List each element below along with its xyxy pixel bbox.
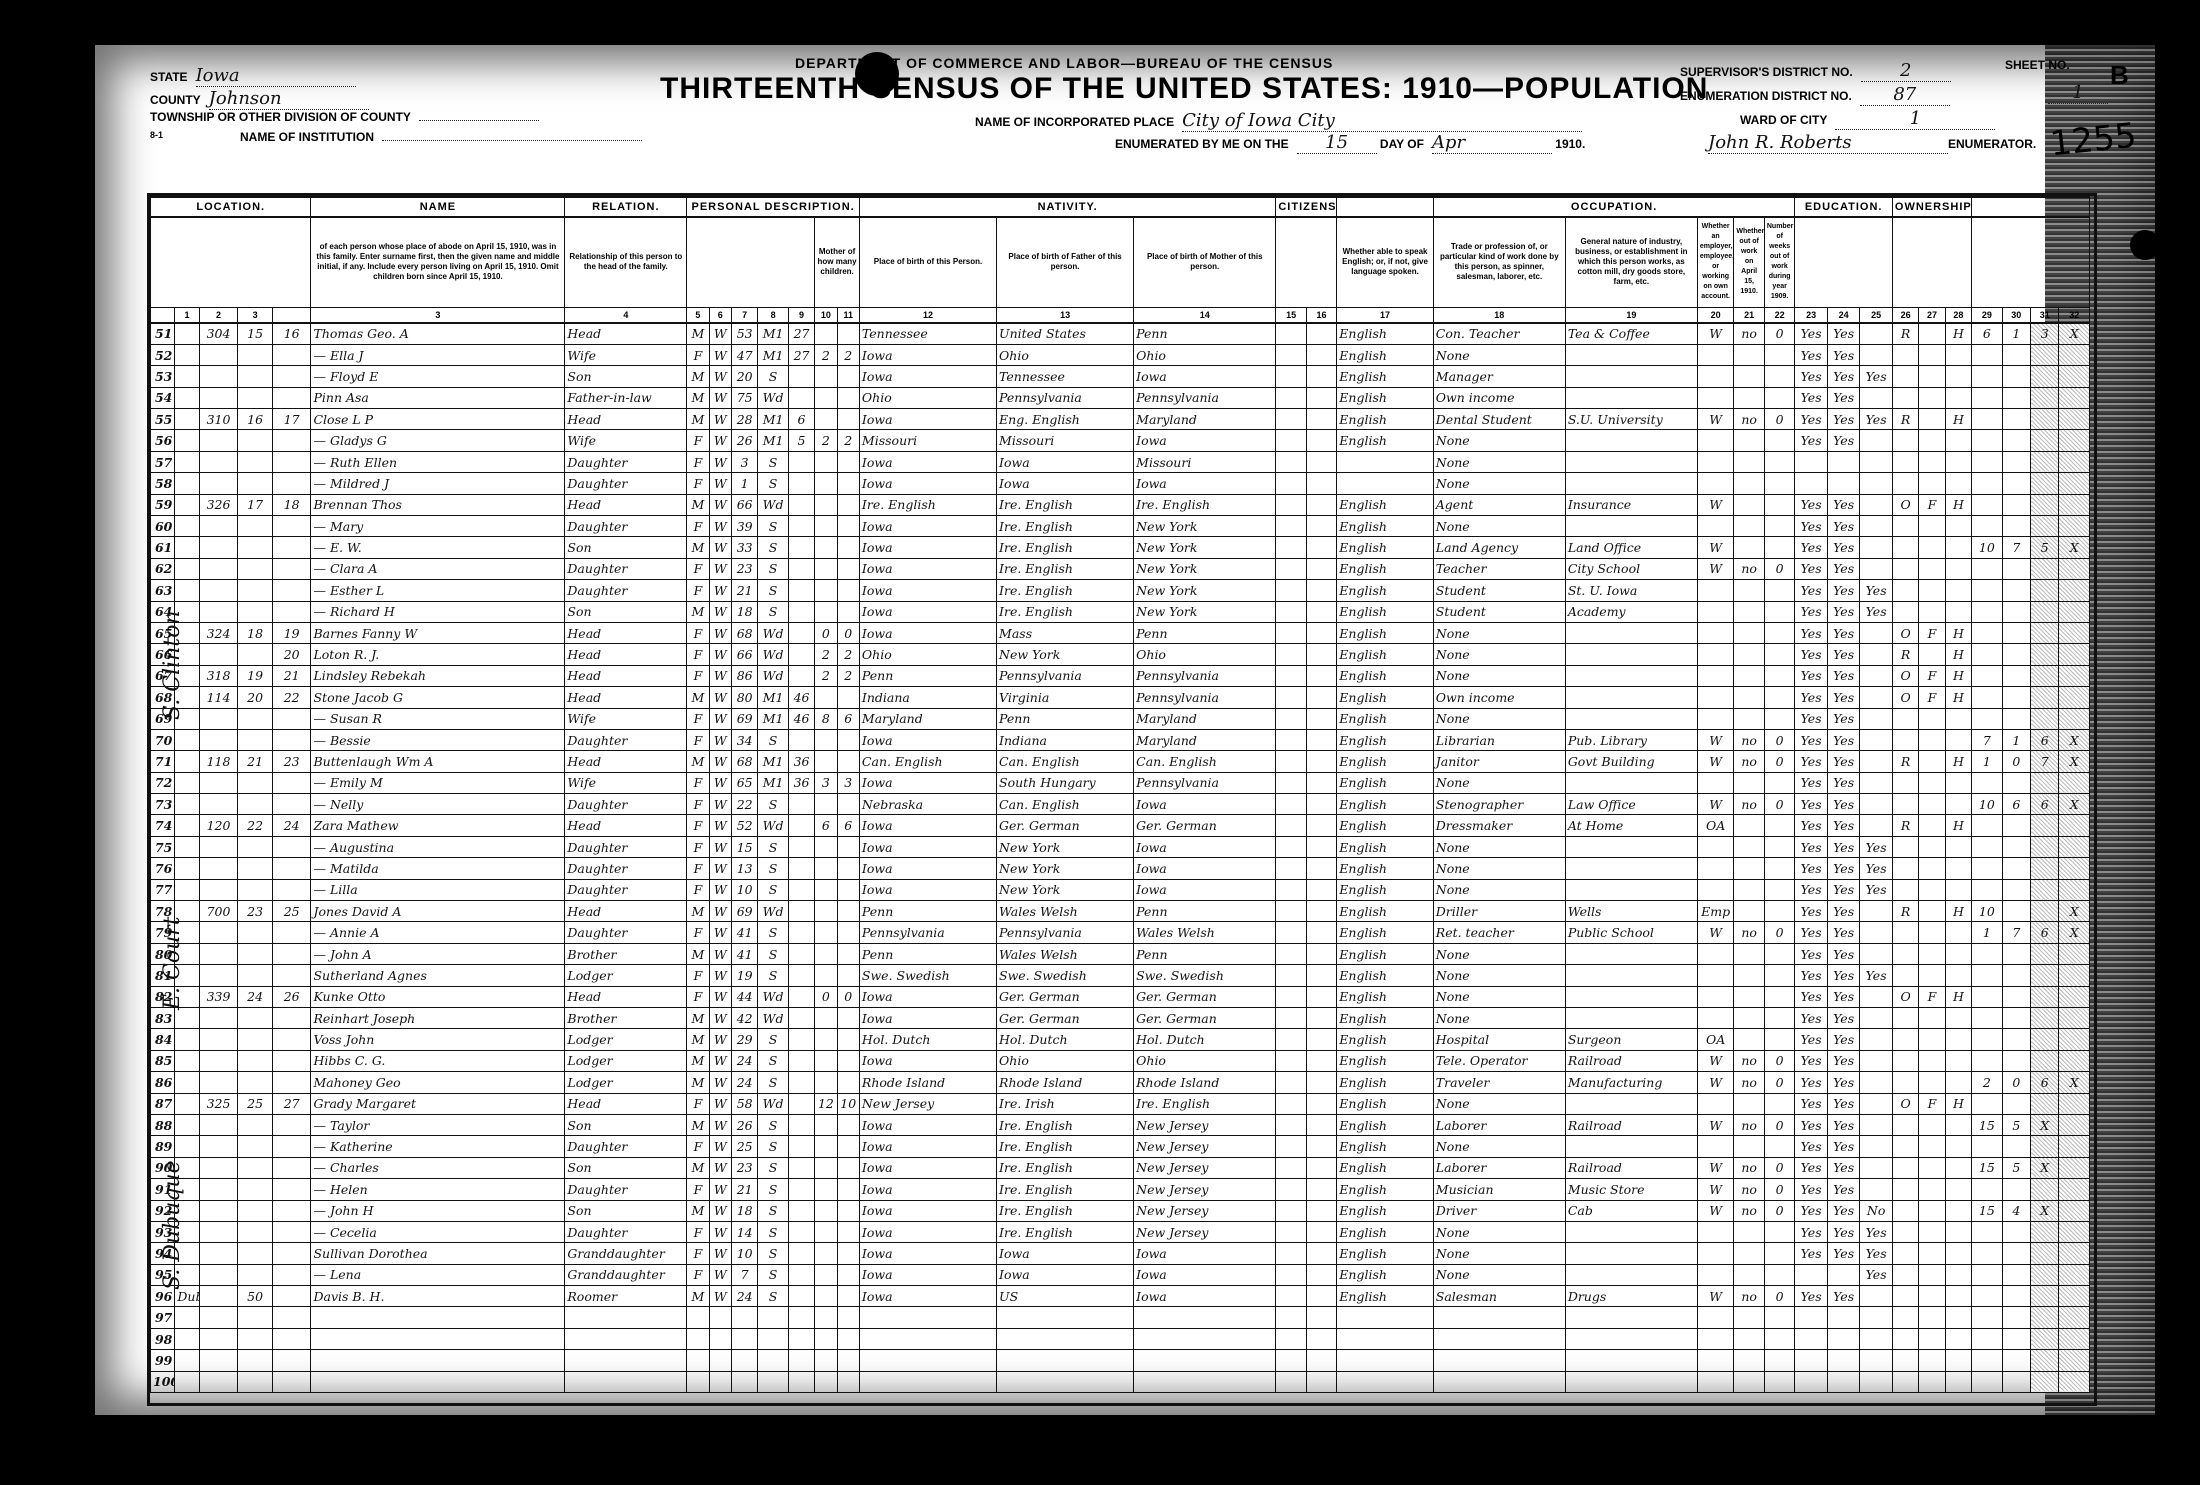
cell-x2 (2002, 687, 2030, 708)
cell-sch (1860, 430, 1893, 451)
cell-age: 86 (731, 665, 757, 686)
cell-bp: Ire. English (859, 494, 996, 515)
cell-own: R (1892, 409, 1918, 430)
cell-write: Yes (1827, 943, 1860, 964)
cell-lang: English (1337, 1072, 1433, 1093)
cell-family (272, 1050, 311, 1071)
cell-write: Yes (1827, 879, 1860, 900)
cell-bf: Indiana (997, 729, 1134, 750)
cell-dwelling (238, 1221, 273, 1242)
cell-write: Yes (1827, 965, 1860, 986)
cell-bm: Ger. German (1134, 1008, 1276, 1029)
cell-sex: M (687, 1029, 709, 1050)
cell-bm: Missouri (1134, 451, 1276, 472)
table-row: 83Reinhart JosephBrotherMW42WdIowaGer. G… (151, 1008, 2090, 1029)
cell-ow (1734, 387, 1764, 408)
cell-x4 (2059, 1093, 2090, 1114)
cell-sex (687, 1371, 709, 1392)
cell-ln: 88 (151, 1114, 175, 1135)
cell-bf: Virginia (997, 687, 1134, 708)
cell-ln: 83 (151, 1008, 175, 1029)
cell-bm: Iowa (1134, 879, 1276, 900)
cell-x1 (1972, 409, 2002, 430)
cell-family (272, 601, 311, 622)
cell-name: Buttenlaugh Wm A (311, 751, 565, 772)
cell-lang: English (1337, 901, 1433, 922)
table-row: 52— Ella JWifeFW47M12722IowaOhioOhioEngl… (151, 344, 2090, 365)
cell-rel: Wife (565, 430, 687, 451)
cell-rel (565, 1328, 687, 1349)
cell-rel: Wife (565, 708, 687, 729)
cell-lang: English (1337, 1221, 1433, 1242)
cell-own (1892, 943, 1918, 964)
cell-emp (1697, 1136, 1734, 1157)
cell-sch (1860, 772, 1893, 793)
cell-ind (1565, 1136, 1697, 1157)
cell-race: W (709, 879, 731, 900)
cell-sch (1860, 473, 1893, 494)
cell-bp: Iowa (859, 772, 996, 793)
cell-bf: New York (997, 858, 1134, 879)
cell-family: 21 (272, 665, 311, 686)
table-row: 593261718Brennan ThosHeadMW66WdIre. Engl… (151, 494, 2090, 515)
cell-house (199, 387, 238, 408)
cell-yrs (788, 1114, 814, 1135)
cell-age: 52 (731, 815, 757, 836)
cell-x3 (2031, 580, 2059, 601)
cell-ow (1734, 1008, 1764, 1029)
cell-cit2 (1306, 836, 1336, 857)
cell-house (199, 1243, 238, 1264)
cell-sex: F (687, 1264, 709, 1285)
cell-lang: English (1337, 409, 1433, 430)
cell-mort: H (1945, 1093, 1971, 1114)
cell-mort: H (1945, 323, 1971, 345)
cell-cit2 (1306, 409, 1336, 430)
cell-ind: At Home (1565, 815, 1697, 836)
cell-yrs: 46 (788, 687, 814, 708)
enumeration-date-field: ENUMERATED BY ME ON THE15 DAY OFApr 1910… (1115, 132, 1585, 154)
cell-own (1892, 772, 1918, 793)
cell-house (199, 922, 238, 943)
cell-write: Yes (1827, 1050, 1860, 1071)
cell-mort (1945, 1328, 1971, 1349)
cell-trade (1433, 1350, 1565, 1371)
cell-yrs (788, 494, 814, 515)
cell-house (199, 1200, 238, 1221)
cell-farm: F (1919, 1093, 1945, 1114)
cell-ind: St. U. Iowa (1565, 580, 1697, 601)
cell-emp: OA (1697, 815, 1734, 836)
cell-sex: M (687, 751, 709, 772)
cell-cit1 (1276, 772, 1306, 793)
cell-race: W (709, 1008, 731, 1029)
col-num: 11 (837, 307, 859, 323)
cell-yrs (788, 836, 814, 857)
cell-rel: Daughter (565, 451, 687, 472)
cell-farm (1919, 1114, 1945, 1135)
cell-cit2 (1306, 1008, 1336, 1029)
cell-wk: 0 (1764, 1114, 1795, 1135)
cell-x3 (2031, 772, 2059, 793)
cell-emp (1697, 344, 1734, 365)
cell-own (1892, 794, 1918, 815)
cell-x1 (1972, 772, 2002, 793)
cell-age: 24 (731, 1072, 757, 1093)
cell-read: Yes (1795, 665, 1828, 686)
cell-read: Yes (1795, 1050, 1828, 1071)
cell-cit1 (1276, 751, 1306, 772)
cell-bp: Iowa (859, 344, 996, 365)
cell-x1 (1972, 1328, 2002, 1349)
cell-cit1 (1276, 344, 1306, 365)
table-row: 61— E. W.SonMW33SIowaIre. EnglishNew Yor… (151, 537, 2090, 558)
cell-bf (997, 1328, 1134, 1349)
cell-name: Jones David A (311, 901, 565, 922)
cell-street (175, 473, 199, 494)
cell-street (175, 836, 199, 857)
cell-own (1892, 1157, 1918, 1178)
cell-x2 (2002, 1243, 2030, 1264)
cell-bm: Pennsylvania (1134, 687, 1276, 708)
cell-born (815, 1264, 837, 1285)
cell-family (272, 729, 311, 750)
cell-ln: 59 (151, 494, 175, 515)
cell-family (272, 558, 311, 579)
cell-sch (1860, 665, 1893, 686)
cell-x1 (1972, 965, 2002, 986)
cell-ms: Wd (758, 1008, 788, 1029)
cell-wk (1764, 622, 1795, 643)
cell-wk (1764, 1243, 1795, 1264)
cell-x4 (2059, 494, 2090, 515)
cell-race: W (709, 1200, 731, 1221)
cell-x3 (2031, 1350, 2059, 1371)
cell-bm: New York (1134, 580, 1276, 601)
cell-house (199, 943, 238, 964)
cell-rel: Son (565, 1114, 687, 1135)
cell-ow (1734, 1243, 1764, 1264)
cell-family (272, 1008, 311, 1029)
cell-family (272, 451, 311, 472)
cell-born: 0 (815, 622, 837, 643)
cell-x2 (2002, 409, 2030, 430)
cell-dwelling (238, 1350, 273, 1371)
cell-race: W (709, 858, 731, 879)
cell-ind (1565, 366, 1697, 387)
cell-yrs (788, 473, 814, 494)
cell-lang: English (1337, 772, 1433, 793)
cell-wk (1764, 1008, 1795, 1029)
cell-age: 68 (731, 622, 757, 643)
cell-race: W (709, 387, 731, 408)
cell-street (175, 1221, 199, 1242)
cell-sex: F (687, 708, 709, 729)
cell-x4 (2059, 1328, 2090, 1349)
cell-emp: W (1697, 537, 1734, 558)
cell-cit1 (1276, 451, 1306, 472)
cell-wk (1764, 430, 1795, 451)
cell-born: 2 (815, 430, 837, 451)
cell-own: O (1892, 986, 1918, 1007)
cell-family (272, 430, 311, 451)
cell-age: 3 (731, 451, 757, 472)
cell-bf: Pennsylvania (997, 665, 1134, 686)
cell-own (1892, 1286, 1918, 1307)
cell-race: W (709, 836, 731, 857)
cell-cit1 (1276, 387, 1306, 408)
cell-bm: Ohio (1134, 644, 1276, 665)
cell-lang: English (1337, 494, 1433, 515)
cell-ind (1565, 1093, 1697, 1114)
cell-lang: English (1337, 323, 1433, 345)
cell-family (272, 858, 311, 879)
cell-farm (1919, 1200, 1945, 1221)
cell-x2 (2002, 986, 2030, 1007)
cell-trade: Con. Teacher (1433, 323, 1565, 345)
cell-wk (1764, 879, 1795, 900)
cell-emp: W (1697, 751, 1734, 772)
cell-farm: F (1919, 494, 1945, 515)
cell-x4 (2059, 644, 2090, 665)
table-row: 75— AugustinaDaughterFW15SIowaNew YorkIo… (151, 836, 2090, 857)
cell-ind: Insurance (1565, 494, 1697, 515)
cell-farm (1919, 965, 1945, 986)
cell-name: Barnes Fanny W (311, 622, 565, 643)
cell-dwelling (238, 836, 273, 857)
cell-sex: M (687, 901, 709, 922)
cell-x3 (2031, 836, 2059, 857)
cell-bp: Iowa (859, 366, 996, 387)
cell-x2 (2002, 965, 2030, 986)
cell-x4: X (2059, 901, 2090, 922)
cell-born (815, 387, 837, 408)
cell-bf: Can. English (997, 751, 1134, 772)
cell-family (272, 922, 311, 943)
cell-ow: no (1734, 323, 1764, 345)
cell-sex: F (687, 430, 709, 451)
cell-wk (1764, 451, 1795, 472)
cell-bp: Iowa (859, 1114, 996, 1135)
cell-rel: Daughter (565, 516, 687, 537)
col-num: 19 (1565, 307, 1697, 323)
cell-bp: Penn (859, 943, 996, 964)
cell-bf (997, 1350, 1134, 1371)
cell-rel: Head (565, 1093, 687, 1114)
cell-sch (1860, 387, 1893, 408)
cell-bp: Iowa (859, 1243, 996, 1264)
cell-street (175, 366, 199, 387)
cell-read (1795, 1307, 1828, 1328)
cell-x2 (2002, 473, 2030, 494)
cell-street (175, 1008, 199, 1029)
cell-ow (1734, 1029, 1764, 1050)
cell-cit2 (1306, 729, 1336, 750)
cell-read: Yes (1795, 558, 1828, 579)
cell-x1: 15 (1972, 1200, 2002, 1221)
cell-write: Yes (1827, 1157, 1860, 1178)
cell-ow (1734, 858, 1764, 879)
cell-dwelling (238, 558, 273, 579)
cell-ow (1734, 473, 1764, 494)
cell-ind (1565, 858, 1697, 879)
cell-family (272, 1136, 311, 1157)
cell-living (837, 1072, 859, 1093)
table-row: 85Hibbs C. G.LodgerMW24SIowaOhioOhioEngl… (151, 1050, 2090, 1071)
cell-dwelling (238, 858, 273, 879)
census-table: LOCATION. NAME RELATION. PERSONAL DESCRI… (150, 195, 2090, 1393)
col-num: 7 (731, 307, 757, 323)
cell-ind: Cab (1565, 1200, 1697, 1221)
cell-own (1892, 366, 1918, 387)
cell-ms: S (758, 1157, 788, 1178)
cell-mort (1945, 794, 1971, 815)
cell-x3 (2031, 943, 2059, 964)
cell-yrs (788, 729, 814, 750)
cell-ln: 77 (151, 879, 175, 900)
cell-ms: M1 (758, 708, 788, 729)
cell-bm: New Jersey (1134, 1221, 1276, 1242)
cell-name: — Floyd E (311, 366, 565, 387)
cell-name: — Bessie (311, 729, 565, 750)
cell-dwelling (238, 601, 273, 622)
cell-family: 26 (272, 986, 311, 1007)
table-row: 91— HelenDaughterFW21SIowaIre. EnglishNe… (151, 1179, 2090, 1200)
cell-cit2 (1306, 1114, 1336, 1135)
table-row: 6620Loton R. J.HeadFW66Wd22OhioNew YorkO… (151, 644, 2090, 665)
cell-sex: M (687, 1114, 709, 1135)
cell-read: Yes (1795, 751, 1828, 772)
cell-x4 (2059, 1029, 2090, 1050)
cell-race: W (709, 601, 731, 622)
cell-born (815, 1221, 837, 1242)
cell-own (1892, 1179, 1918, 1200)
cell-yrs (788, 922, 814, 943)
cell-race (709, 1328, 731, 1349)
cell-yrs (788, 665, 814, 686)
cell-house (199, 1221, 238, 1242)
cell-age: 44 (731, 986, 757, 1007)
cell-ow (1734, 344, 1764, 365)
cell-emp: W (1697, 922, 1734, 943)
cell-family (272, 1328, 311, 1349)
cell-bm: New York (1134, 558, 1276, 579)
cell-write (1827, 1307, 1860, 1328)
cell-lang (1337, 1350, 1433, 1371)
col-num: 3 (311, 307, 565, 323)
cell-x3: X (2031, 1114, 2059, 1135)
cell-ln: 54 (151, 387, 175, 408)
cell-x1: 2 (1972, 1072, 2002, 1093)
cell-farm: F (1919, 986, 1945, 1007)
cell-ln: 65 (151, 622, 175, 643)
cell-bf: Ire. English (997, 1136, 1134, 1157)
cell-family: 25 (272, 901, 311, 922)
table-row: 60— MaryDaughterFW39SIowaIre. EnglishNew… (151, 516, 2090, 537)
cell-wk (1764, 665, 1795, 686)
cell-ln: 95 (151, 1264, 175, 1285)
cell-born (815, 366, 837, 387)
cell-lang: English (1337, 751, 1433, 772)
cell-sch (1860, 1050, 1893, 1071)
cell-x2 (2002, 558, 2030, 579)
cell-write: Yes (1827, 580, 1860, 601)
cell-farm (1919, 409, 1945, 430)
cell-born: 2 (815, 644, 837, 665)
cell-yrs (788, 644, 814, 665)
cell-cit2 (1306, 943, 1336, 964)
cell-sch (1860, 1008, 1893, 1029)
cell-ln: 67 (151, 665, 175, 686)
cell-ind (1565, 836, 1697, 857)
cell-bm: Hol. Dutch (1134, 1029, 1276, 1050)
cell-cit2 (1306, 708, 1336, 729)
cell-x1: 7 (1972, 729, 2002, 750)
cell-write: Yes (1827, 708, 1860, 729)
cell-name: Lindsley Rebekah (311, 665, 565, 686)
cell-bm: Iowa (1134, 1264, 1276, 1285)
birth-father-header: Place of birth of Father of this person. (997, 217, 1134, 307)
cell-farm (1919, 601, 1945, 622)
cell-own (1892, 537, 1918, 558)
cell-house (199, 430, 238, 451)
cell-ln: 86 (151, 1072, 175, 1093)
cell-rel: Wife (565, 772, 687, 793)
cell-race: W (709, 1072, 731, 1093)
cell-rel: Daughter (565, 580, 687, 601)
cell-ind: Land Office (1565, 537, 1697, 558)
cell-x4 (2059, 580, 2090, 601)
cell-living (837, 943, 859, 964)
cell-sex (687, 1350, 709, 1371)
cell-born: 2 (815, 344, 837, 365)
col-num: 5 (687, 307, 709, 323)
cell-lang: English (1337, 1114, 1433, 1135)
cell-trade (1433, 1328, 1565, 1349)
cell-dwelling (238, 1264, 273, 1285)
cell-rel: Daughter (565, 836, 687, 857)
cell-read: Yes (1795, 537, 1828, 558)
cell-living (837, 516, 859, 537)
name-description: of each person whose place of abode on A… (311, 217, 565, 307)
cell-house: 339 (199, 986, 238, 1007)
cell-x2 (2002, 580, 2030, 601)
cell-ow (1734, 644, 1764, 665)
cell-lang: English (1337, 387, 1433, 408)
cell-ow: no (1734, 922, 1764, 943)
cell-bf: Wales Welsh (997, 943, 1134, 964)
citizenship-header: CITIZENSHIP. (1276, 197, 1337, 218)
cell-ln: 80 (151, 943, 175, 964)
cell-dwelling: 21 (238, 751, 273, 772)
cell-race: W (709, 473, 731, 494)
cell-age: 23 (731, 1157, 757, 1178)
cell-ln: 53 (151, 366, 175, 387)
cell-write: Yes (1827, 772, 1860, 793)
cell-mort (1945, 1114, 1971, 1135)
cell-read: Yes (1795, 1029, 1828, 1050)
cell-farm (1919, 516, 1945, 537)
cell-x1 (1972, 1093, 2002, 1114)
cell-lang: English (1337, 1093, 1433, 1114)
cell-x4 (2059, 986, 2090, 1007)
cell-farm (1919, 708, 1945, 729)
cell-lang: English (1337, 1008, 1433, 1029)
cell-x4 (2059, 1136, 2090, 1157)
cell-living (837, 1286, 859, 1307)
cell-cit1 (1276, 601, 1306, 622)
cell-farm (1919, 836, 1945, 857)
